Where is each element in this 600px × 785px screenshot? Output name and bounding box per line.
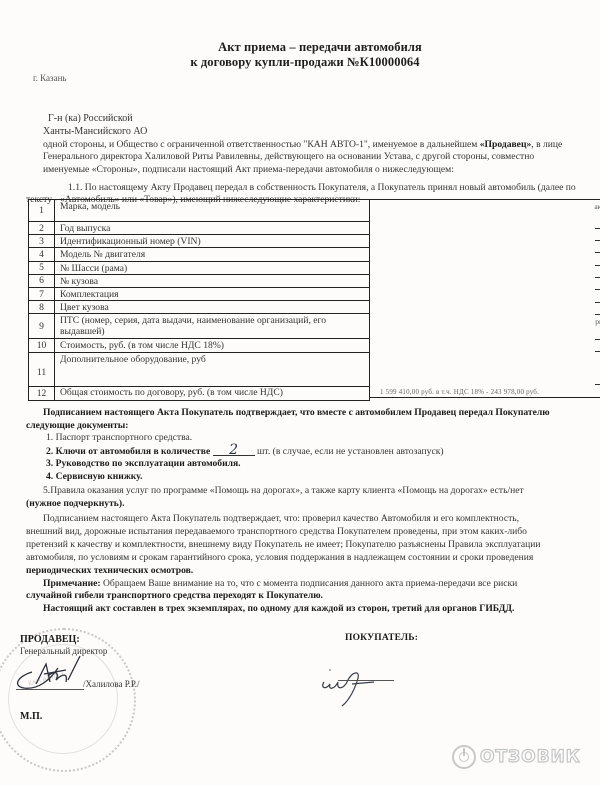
city: г. Казань — [33, 73, 67, 83]
documents-intro-1: Подписанием настоящего Акта Покупатель п… — [43, 407, 550, 420]
seller-term: «Продавец» — [480, 139, 532, 150]
power-circle-icon — [452, 745, 476, 769]
stamp-place-label: М.П. — [20, 711, 42, 722]
row-number: 2 — [29, 222, 55, 234]
parties-line-4: Генерального директора Халиловой Риты Ра… — [43, 151, 534, 164]
value-line — [595, 289, 600, 290]
table-row: 5№ Шасси (рама) — [29, 262, 369, 275]
buyer-heading: ПОКУПАТЕЛЬ: — [345, 633, 418, 643]
quality-line-2: внешний вид, дорожные испытания передава… — [26, 526, 527, 539]
document-item-3: 3. Руководство по эксплуатации автомобил… — [46, 458, 241, 471]
parties-line-5: именуемые «Стороны», подписали настоящий… — [43, 164, 454, 177]
document-item-2: 2. Ключи от автомобиля в количестве 2 шт… — [46, 445, 444, 459]
value-line — [595, 302, 600, 303]
value-line — [595, 265, 600, 266]
row-label: Общая стоимость по договору, руб. (в том… — [55, 387, 283, 400]
row-label: Цвет кузова — [55, 301, 109, 313]
seller-signature-line — [16, 689, 84, 690]
parties-text: одной стороны, и Общество с ограниченной… — [43, 139, 480, 150]
quality-line-5: периодических технических осмотров. — [26, 565, 193, 578]
keys-count-field[interactable]: 2 — [213, 445, 255, 456]
row-label: Стоимость, руб. (в том числе НДС 18%) — [55, 339, 224, 351]
table-row: 6№ кузова — [29, 275, 369, 288]
characteristics-table-values: ак 5 рин 1 599 410,00 руб. в т.ч. НДС 18… — [369, 199, 600, 398]
row-number: 5 — [29, 262, 55, 274]
parties-line-3: одной стороны, и Общество с ограниченной… — [43, 139, 562, 152]
row-number: 9 — [29, 314, 55, 338]
value-line — [595, 240, 600, 241]
table-row: 8Цвет кузова — [29, 301, 369, 314]
table-row: 4Модель № двигателя — [29, 248, 369, 261]
row-number: 6 — [29, 275, 55, 287]
characteristics-table-labels: 1Марка, модель2Год выпуска3Идентификацио… — [28, 199, 370, 401]
document-item-4: 4. Сервисную книжку. — [46, 471, 142, 484]
value-line — [595, 351, 600, 352]
parties-text-end: , в лице — [531, 139, 562, 150]
row-number: 1 — [29, 200, 55, 221]
seller-name: /Халилова Р.Р./ — [83, 679, 140, 689]
copies-note: Настоящий акт составлен в трех экземпляр… — [43, 603, 514, 616]
row-number: 11 — [29, 353, 55, 386]
value-line — [595, 252, 600, 253]
row-label: № кузова — [55, 275, 98, 287]
table-row: 1Марка, модель — [29, 200, 369, 222]
note-line-1: Примечание: Обращаем Ваше внимание на то… — [43, 578, 517, 591]
documents-intro-2: следующие документы: — [26, 420, 128, 433]
row-number: 4 — [29, 248, 55, 260]
document-item-5-note: (нужное подчеркнуть). — [26, 498, 124, 511]
row-label: Модель № двигателя — [55, 248, 145, 260]
row-number: 7 — [29, 288, 55, 300]
row-label: Год выпуска — [55, 222, 110, 234]
quality-line-1: Подписанием настоящего Акта Покупатель п… — [43, 513, 519, 526]
table-row: 12Общая стоимость по договору, руб. (в т… — [29, 387, 369, 400]
clause-1-1-line-1: 1.1. По настоящему Акту Продавец передал… — [68, 182, 576, 195]
row-label: Идентификационный номер (VIN) — [55, 235, 201, 247]
cropped-edge-text: ак 5 — [594, 202, 600, 211]
table-row: 3Идентификационный номер (VIN) — [29, 235, 369, 248]
cropped-edge-text: рин — [595, 317, 600, 326]
total-value: 1 599 410,00 руб. в т.ч. НДС 18% - 243 9… — [380, 388, 539, 396]
value-line — [595, 228, 600, 229]
row-label: Комплектация — [55, 288, 119, 300]
row-number: 3 — [29, 235, 55, 247]
value-line — [595, 314, 600, 315]
buyer-signature-line — [338, 680, 394, 681]
buyer-line-1: Г-н (ка) Российской — [48, 113, 133, 126]
row-number: 10 — [29, 339, 55, 351]
value-line — [595, 384, 600, 385]
note-label: Примечание: — [43, 578, 101, 589]
row-label: Дополнительное оборудование, руб — [55, 353, 206, 386]
note-line-2: случайной гибели транспортного средства … — [26, 590, 323, 603]
document-subtitle: к договору купли-продажи №К10000064 — [0, 55, 600, 70]
table-row: 2Год выпуска — [29, 222, 369, 235]
keys-suffix: шт. (в случае, если не установлен автоза… — [257, 446, 444, 457]
row-number: 8 — [29, 301, 55, 313]
document-item-5: 5.Правила оказания услуг по программе «П… — [43, 485, 524, 498]
table-row: 11Дополнительное оборудование, руб — [29, 353, 369, 387]
otzovik-watermark: ОТЗОВИК — [452, 742, 592, 772]
keys-label: 2. Ключи от автомобиля в количестве — [46, 446, 210, 457]
row-label: № Шасси (рама) — [55, 262, 127, 274]
table-row: 9ПТС (номер, серия, дата выдачи, наимено… — [29, 314, 369, 339]
row-number: 12 — [29, 387, 55, 400]
value-line — [595, 277, 600, 278]
watermark-text: ОТЗОВИК — [480, 747, 581, 767]
characteristics-table: 1Марка, модель2Год выпуска3Идентификацио… — [28, 199, 600, 399]
row-label: Марка, модель — [55, 200, 120, 221]
buyer-signature-icon — [316, 660, 396, 710]
quality-line-4: автомобиля, по условиям и срокам гаранти… — [26, 552, 533, 565]
row-label: ПТС (номер, серия, дата выдачи, наименов… — [55, 314, 369, 338]
table-row: 10Стоимость, руб. (в том числе НДС 18%) — [29, 339, 369, 352]
value-line — [595, 339, 600, 340]
document-item-1: 1. Паспорт транспортного средства. — [46, 432, 192, 445]
table-row: 7Комплектация — [29, 288, 369, 301]
seller-heading: ПРОДАВЕЦ: — [20, 634, 80, 645]
buyer-line-2: Ханты-Мансийского АО — [43, 126, 147, 139]
quality-line-3: претензий к качеству и комплектности, вн… — [26, 539, 541, 552]
document-title: Акт приема – передачи автомобиля — [0, 40, 600, 55]
